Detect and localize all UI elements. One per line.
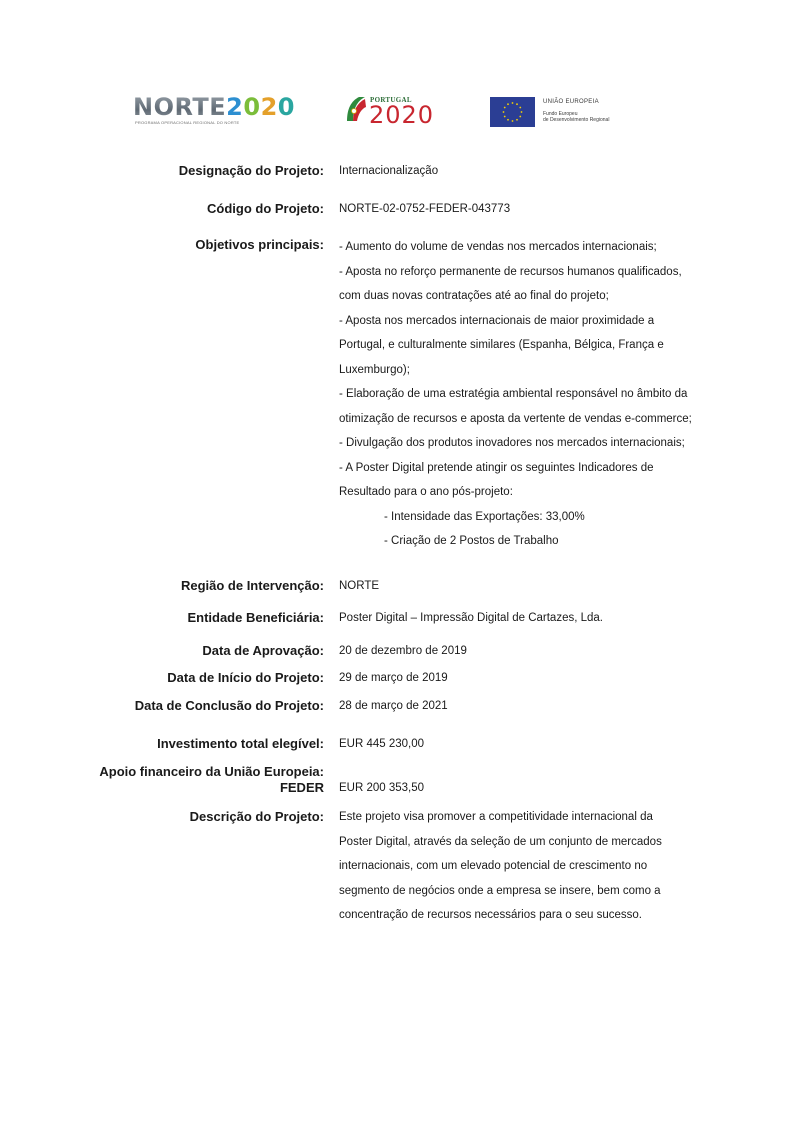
field-label: Designação do Projeto: — [179, 163, 324, 179]
portugal2020-logo: PORTUGAL 2020 — [345, 92, 445, 132]
field-label: Data de Início do Projeto: — [167, 670, 324, 686]
field-value: NORTE-02-0752-FEDER-043773 — [339, 201, 739, 217]
objetivo-line: Resultado para o ano pós-projeto: — [339, 480, 739, 505]
portugal-flag-icon — [345, 95, 367, 123]
objetivo-line: - Divulgação dos produtos inovadores nos… — [339, 431, 739, 456]
field-label: Descrição do Projeto: — [190, 809, 324, 825]
year-digit: 0 — [243, 93, 260, 121]
objetivo-line: Luxemburgo); — [339, 358, 739, 383]
objetivo-line: - Elaboração de uma estratégia ambiental… — [339, 382, 739, 407]
field-label: Código do Projeto: — [207, 201, 324, 217]
field-label: Investimento total elegível: — [157, 736, 324, 752]
portugal-year: 2020 — [369, 102, 434, 128]
objetivo-line: com duas novas contratações até ao final… — [339, 284, 739, 309]
field-value: EUR 445 230,00 — [339, 736, 739, 752]
year-digit: 0 — [278, 93, 295, 121]
eu-logo: UNIÃO EUROPEIA Fundo Europeu de Desenvol… — [490, 96, 630, 128]
objetivo-line: Portugal, e culturalmente similares (Esp… — [339, 333, 739, 358]
field-value: EUR 200 353,50 — [339, 780, 739, 796]
indicator-line: - Intensidade das Exportações: 33,00% — [339, 505, 739, 530]
objetivo-line: - Aposta nos mercados internacionais de … — [339, 309, 739, 334]
field-label: Entidade Beneficiária: — [187, 610, 324, 626]
norte-word: NORTE — [133, 93, 226, 121]
objetivo-line: otimização de recursos e aposta da verte… — [339, 407, 739, 432]
eu-title: UNIÃO EUROPEIA — [543, 99, 599, 105]
eu-subtitle: Fundo Europeu de Desenvolvimento Regiona… — [543, 111, 609, 123]
indicator-line: - Criação de 2 Postos de Trabalho — [339, 529, 739, 554]
field-value: 20 de dezembro de 2019 — [339, 643, 739, 659]
field-label: Objetivos principais: — [195, 237, 324, 253]
field-label-line: FEDER — [99, 780, 324, 796]
header-logos: NORTE2020 Programa Operacional Regional … — [0, 92, 794, 132]
field-value: Internacionalização — [339, 163, 739, 179]
objetivo-line: - A Poster Digital pretende atingir os s… — [339, 456, 739, 481]
eu-flag-icon — [490, 97, 535, 127]
norte2020-subtitle: Programa Operacional Regional do Norte — [135, 120, 239, 125]
field-label-line: Apoio financeiro da União Europeia: — [99, 764, 324, 780]
field-label: Data de Aprovação: — [202, 643, 324, 659]
objetivos-list: - Aumento do volume de vendas nos mercad… — [339, 235, 739, 554]
eu-subtitle-line: de Desenvolvimento Regional — [543, 117, 609, 123]
field-value: Poster Digital – Impressão Digital de Ca… — [339, 610, 739, 626]
field-value: 29 de março de 2019 — [339, 670, 739, 686]
descricao-line: Este projeto visa promover a competitivi… — [339, 805, 739, 830]
descricao-line: Poster Digital, através da seleção de um… — [339, 830, 739, 855]
year-digit: 2 — [226, 93, 243, 121]
field-value: NORTE — [339, 578, 739, 594]
descricao-line: concentração de recursos necessários par… — [339, 903, 739, 928]
year-digit: 2 — [261, 93, 278, 121]
norte2020-wordmark: NORTE2020 — [133, 95, 295, 119]
descricao-text: Este projeto visa promover a competitivi… — [339, 805, 739, 928]
objetivo-line: - Aumento do volume de vendas nos mercad… — [339, 235, 739, 260]
field-value: 28 de março de 2021 — [339, 698, 739, 714]
norte2020-logo: NORTE2020 Programa Operacional Regional … — [133, 95, 309, 129]
field-label: Região de Intervenção: — [181, 578, 324, 594]
descricao-line: internacionais, com um elevado potencial… — [339, 854, 739, 879]
field-label: Data de Conclusão do Projeto: — [135, 698, 324, 714]
descricao-line: segmento de negócios onde a empresa se i… — [339, 879, 739, 904]
field-label: Apoio financeiro da União Europeia: FEDE… — [99, 764, 324, 796]
objetivo-line: - Aposta no reforço permanente de recurs… — [339, 260, 739, 285]
